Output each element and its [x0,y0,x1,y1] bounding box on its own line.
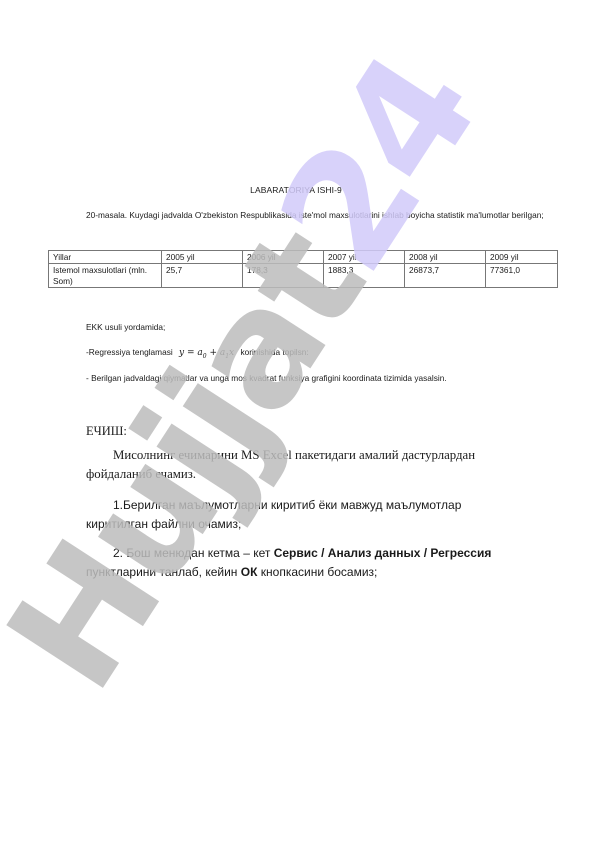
regression-prefix: -Regressiya tenglamasi [86,347,173,357]
table-cell: 25,7 [162,264,243,288]
table-cell: 2008 yil [405,251,486,264]
regression-formula: y = a0 + a1x [179,348,234,358]
document-page: LABARATORIYA ISHI-9 20-masala. Kuydagi j… [0,0,596,842]
menu-path: Сервис / Анализ данных / Регрессия [274,546,492,560]
table-row: Istemol maxsulotlari (mln. Som) 25,7 178… [49,264,558,288]
table-cell: 2007 yil [324,251,405,264]
ekk-line: EKK usuli yordamida; [86,322,165,332]
paragraph-2-text: 1.Берилган маълумотларни киритиб ёки мав… [86,498,461,531]
page-content: LABARATORIYA ISHI-9 20-masala. Kuydagi j… [0,0,596,842]
table-cell: Yillar [49,251,162,264]
formula-plus: + [207,348,220,358]
ok-label: ОК [241,565,258,579]
solution-heading: ЕЧИШ: [86,424,127,439]
regression-suffix: korinishida topilsn: [240,347,308,357]
graph-instruction: - Berilgan jadvaldagi qiymatlar va unga … [86,373,447,383]
paragraph-3-text: пунктларини танлаб, кейин [86,565,241,579]
problem-statement: 20-masala. Kuydagi jadvalda O'zbekiston … [86,208,556,222]
regression-line: -Regressiya tenglamasi y = a0 + a1x kori… [86,347,309,360]
statistics-table: Yillar 2005 yil 2006 yil 2007 yil 2008 y… [48,250,558,288]
solution-paragraph-2: 1.Берилган маълумотларни киритиб ёки мав… [86,496,526,534]
table-cell: 26873,7 [405,264,486,288]
formula-x: x [229,348,234,358]
table-cell: 2009 yil [486,251,558,264]
solution-paragraph-3: 2. Бош менюдан кетма – кет Сервис / Анал… [86,544,526,582]
paragraph-1-text: Мисолнинг ечимарини MS Excel пакетидаги … [86,448,475,481]
paragraph-3-text: 2. Бош менюдан кетма – кет [113,546,274,560]
formula-eq: = [184,348,197,358]
table-cell: 77361,0 [486,264,558,288]
table-cell: 1883,3 [324,264,405,288]
table-cell: Istemol maxsulotlari (mln. Som) [49,264,162,288]
table-cell: 2005 yil [162,251,243,264]
table-header-row: Yillar 2005 yil 2006 yil 2007 yil 2008 y… [49,251,558,264]
table-cell: 2006 yil [243,251,324,264]
lab-title: LABARATORIYA ISHI-9 [0,185,596,195]
solution-paragraph-1: Мисолнинг ечимарини MS Excel пакетидаги … [86,446,526,484]
table-cell: 178,3 [243,264,324,288]
lab-title-text: LABARATORIYA ISHI-9 [250,185,342,195]
paragraph-3-text: кнопкасини босамиз; [257,565,377,579]
